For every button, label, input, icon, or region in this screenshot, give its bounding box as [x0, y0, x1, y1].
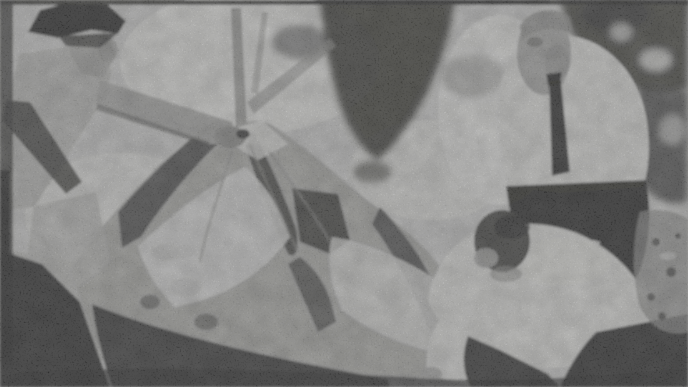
photo-canvas	[0, 0, 688, 387]
film-grain-overlay	[0, 0, 688, 387]
newspaper-photo	[0, 0, 688, 387]
mottle-layer	[0, 0, 688, 387]
